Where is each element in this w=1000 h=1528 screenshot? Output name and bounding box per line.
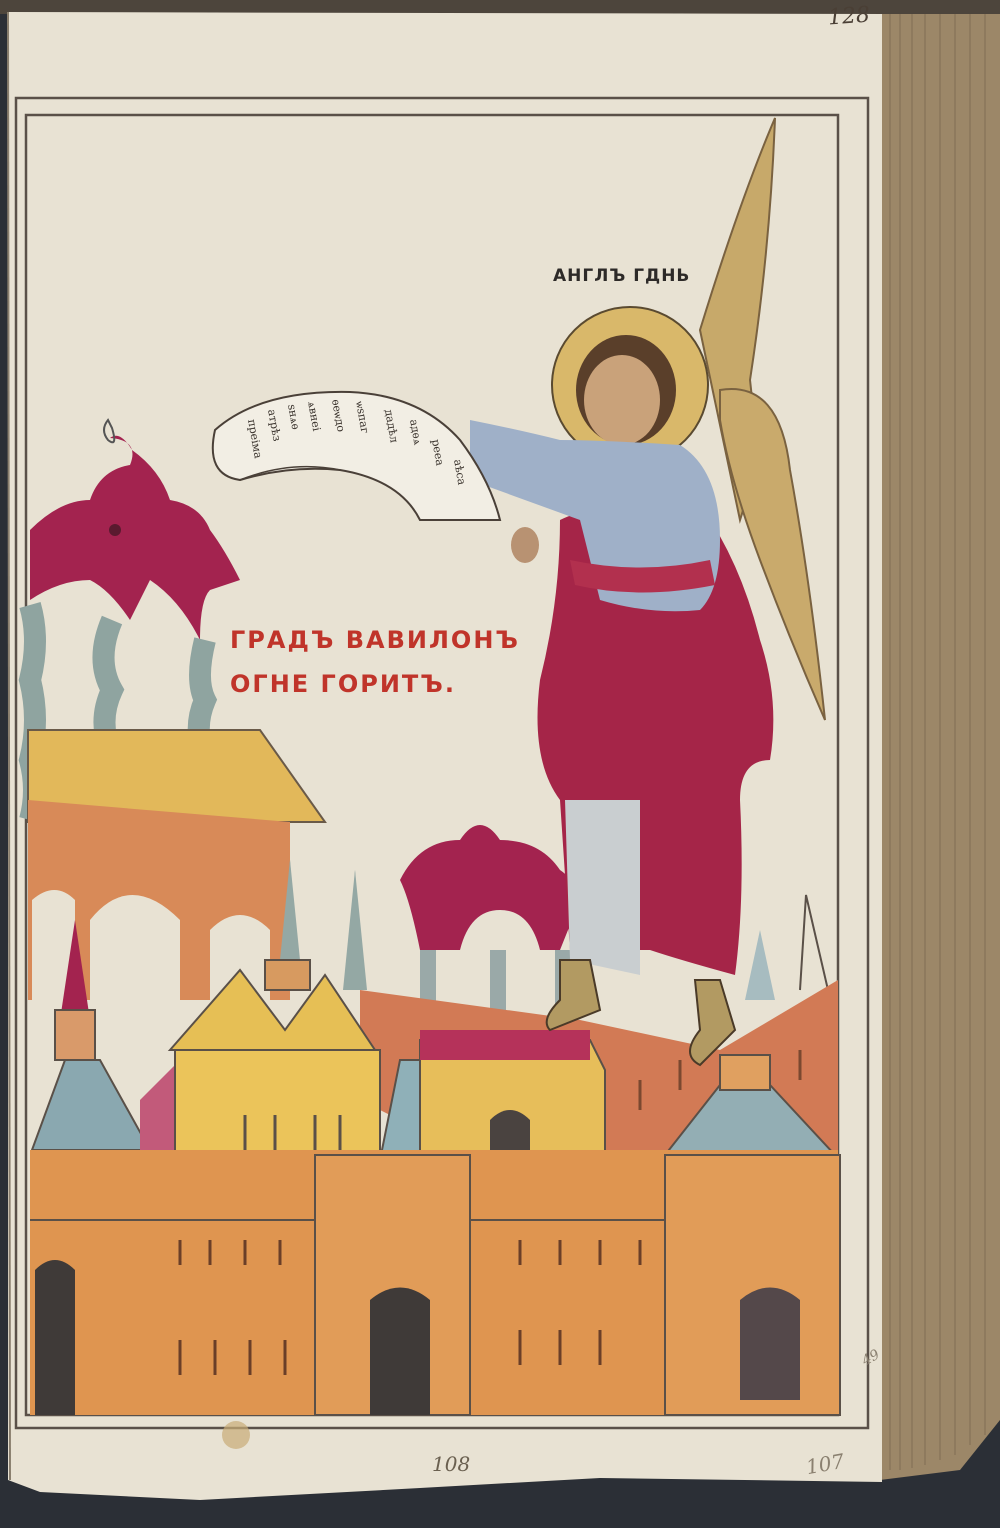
folio-number-top: 128 bbox=[827, 3, 871, 31]
city-caption-line2: ОГНЕ ГОРИТЪ. bbox=[230, 662, 520, 706]
manuscript-page: преіма атрѣз ѕнѧѳ ѧвнеі ѳеѡдо ѡѕпаг дадѣ… bbox=[0, 0, 1000, 1528]
manuscript-illustration: преіма атрѣз ѕнѧѳ ѧвнеі ѳеѡдо ѡѕпаг дадѣ… bbox=[0, 0, 1000, 1528]
folio-number-bottom: 108 bbox=[432, 1452, 470, 1476]
city-caption-line1: ГРАДЪ ВАВИЛОНЪ bbox=[230, 618, 520, 662]
city-wall bbox=[30, 1150, 840, 1415]
angel-caption: АНГЛЪ ГДНЬ bbox=[553, 266, 690, 286]
city-caption: ГРАДЪ ВАВИЛОНЪ ОГНЕ ГОРИТЪ. bbox=[230, 618, 520, 706]
